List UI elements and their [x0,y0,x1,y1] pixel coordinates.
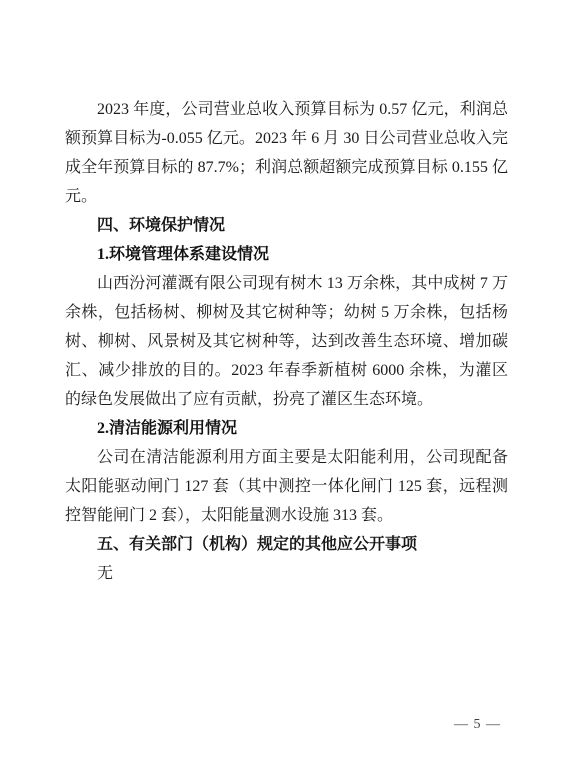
heading-sub-1-environment-management-system: 1.环境管理体系建设情况 [65,240,508,269]
paragraph-trees-greening: 山西汾河灌溉有限公司现有树木 13 万余株，其中成树 7 万余株，包括杨树、柳树… [65,269,508,414]
heading-sub-2-clean-energy-usage: 2.清洁能源利用情况 [65,414,508,443]
document-page: 2023 年度，公司营业总收入预算目标为 0.57 亿元，利润总额预算目标为-0… [0,0,575,782]
paragraph-solar-energy-equipment: 公司在清洁能源利用方面主要是太阳能利用，公司现配备太阳能驱动闸门 127 套（其… [65,443,508,530]
paragraph-none: 无 [65,559,508,588]
page-number: — 5 — [454,716,501,734]
heading-section-5-other-disclosure-items: 五、有关部门（机构）规定的其他应公开事项 [65,530,508,559]
paragraph-budget-targets: 2023 年度，公司营业总收入预算目标为 0.57 亿元，利润总额预算目标为-0… [65,95,508,211]
document-content: 2023 年度，公司营业总收入预算目标为 0.57 亿元，利润总额预算目标为-0… [65,95,508,588]
heading-section-4-environment-protection: 四、环境保护情况 [65,211,508,240]
